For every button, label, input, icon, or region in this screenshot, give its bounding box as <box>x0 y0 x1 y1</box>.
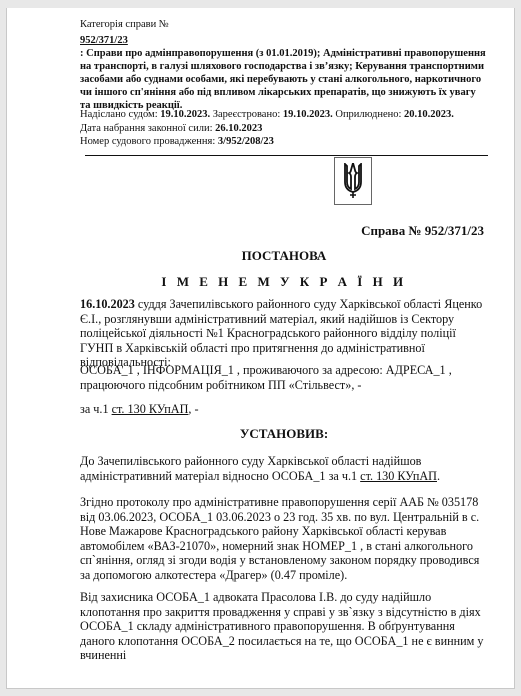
published-label: Оприлюднено: <box>335 109 401 120</box>
publication-meta: Надіслано судом: 19.10.2023. Зареєстрова… <box>80 108 454 149</box>
document-title: ПОСТАНОВА <box>80 248 488 264</box>
received-suffix: . <box>437 469 440 483</box>
registered-value: 19.10.2023. <box>283 109 333 120</box>
paragraph-article: за ч.1 ст. 130 КУпАП, - <box>80 402 488 417</box>
category-label: Категорія справи № <box>80 18 169 31</box>
meta-effective-line: Дата набрання законної сили: 26.10.2023 <box>80 122 454 136</box>
effective-label: Дата набрання законної сили: <box>80 123 213 134</box>
registered-label: Зареєстровано: <box>213 109 280 120</box>
article-130-link-2[interactable]: ст. 130 КУпАП <box>360 469 437 483</box>
article-130-link[interactable]: ст. 130 КУпАП <box>112 402 189 416</box>
divider <box>85 155 488 156</box>
paragraph-received: До Зачепилівського районного суду Харків… <box>80 454 488 483</box>
effective-value: 26.10.2023 <box>215 123 262 134</box>
meta-proceeding-line: Номер судового провадження: 3/952/208/23 <box>80 135 454 149</box>
published-value: 20.10.2023. <box>404 109 454 120</box>
paragraph-intro: 16.10.2023 суддя Зачепилівського районно… <box>80 297 488 370</box>
proceeding-label: Номер судового провадження: <box>80 136 215 147</box>
meta-dates-line: Надіслано судом: 19.10.2023. Зареєстрова… <box>80 108 454 122</box>
sent-value: 19.10.2023. <box>160 109 210 120</box>
sent-label: Надіслано судом: <box>80 109 158 120</box>
case-number-link[interactable]: 952/371/23 <box>80 35 128 46</box>
trident-emblem-icon <box>334 157 372 205</box>
intro-text: суддя Зачепилівського районного суду Хар… <box>80 297 482 369</box>
paragraph-defense: Від захисника ОСОБА_1 адвоката Прасолова… <box>80 590 488 663</box>
paragraph-protocol: Згідно протоколу про адміністративне пра… <box>80 495 488 582</box>
category-description: : Справи про адмінправопорушення (з 01.0… <box>80 47 488 112</box>
paragraph-person: ОСОБА_1 , ІНФОРМАЦІЯ_1 , проживаючого за… <box>80 363 488 392</box>
article-suffix: , - <box>188 402 198 416</box>
decision-date: 16.10.2023 <box>80 297 135 311</box>
document-subtitle: І М Е Н Е М У К Р А Ї Н И <box>80 274 488 290</box>
proceeding-value: 3/952/208/23 <box>218 136 274 147</box>
document-page: Категорія справи № 952/371/23 : Справи п… <box>6 8 515 689</box>
case-number: Справа № 952/371/23 <box>361 223 484 239</box>
established-heading: УСТАНОВИВ: <box>80 426 488 442</box>
article-prefix: за ч.1 <box>80 402 112 416</box>
